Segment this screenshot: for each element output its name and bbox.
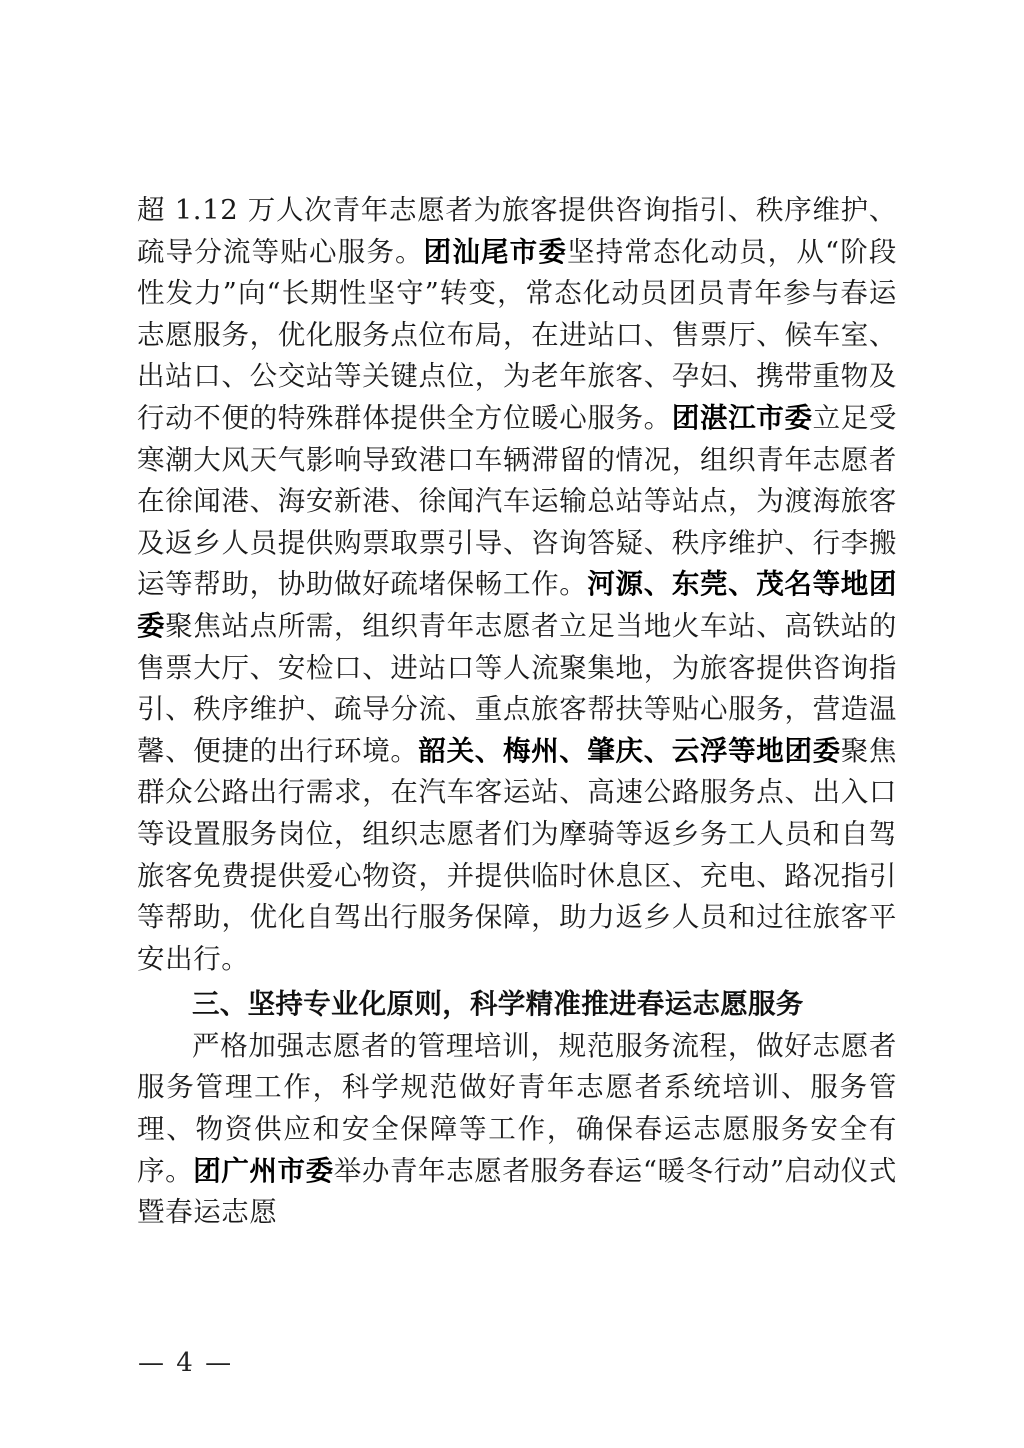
org-name-zhanjiang: 团湛江市委 xyxy=(672,402,813,434)
org-name-guangzhou: 团广州市委 xyxy=(193,1155,334,1187)
paragraph: 严格加强志愿者的管理培训，规范服务流程，做好志愿者服务管理工作，科学规范做好青年… xyxy=(137,1026,897,1234)
org-name-shaoguan-meizhou-zhaoqing-yunfu: 韶关、梅州、肇庆、云浮等地团委 xyxy=(419,735,841,767)
paragraph-text: 聚焦群众公路出行需求，在汽车客运站、高速公路服务点、出入口等设置服务岗位，组织志… xyxy=(137,735,897,975)
document-page-body: 超 1.12 万人次青年志愿者为旅客提供咨询指引、秩序维护、疏导分流等贴心服务。… xyxy=(137,190,897,1234)
section-heading: 三、坚持专业化原则，科学精准推进春运志愿服务 xyxy=(137,984,897,1026)
org-name-shanwei: 团汕尾市委 xyxy=(424,236,567,268)
paragraph-continued: 超 1.12 万人次青年志愿者为旅客提供咨询指引、秩序维护、疏导分流等贴心服务。… xyxy=(137,190,897,980)
page-number: — 4 — xyxy=(138,1348,233,1378)
